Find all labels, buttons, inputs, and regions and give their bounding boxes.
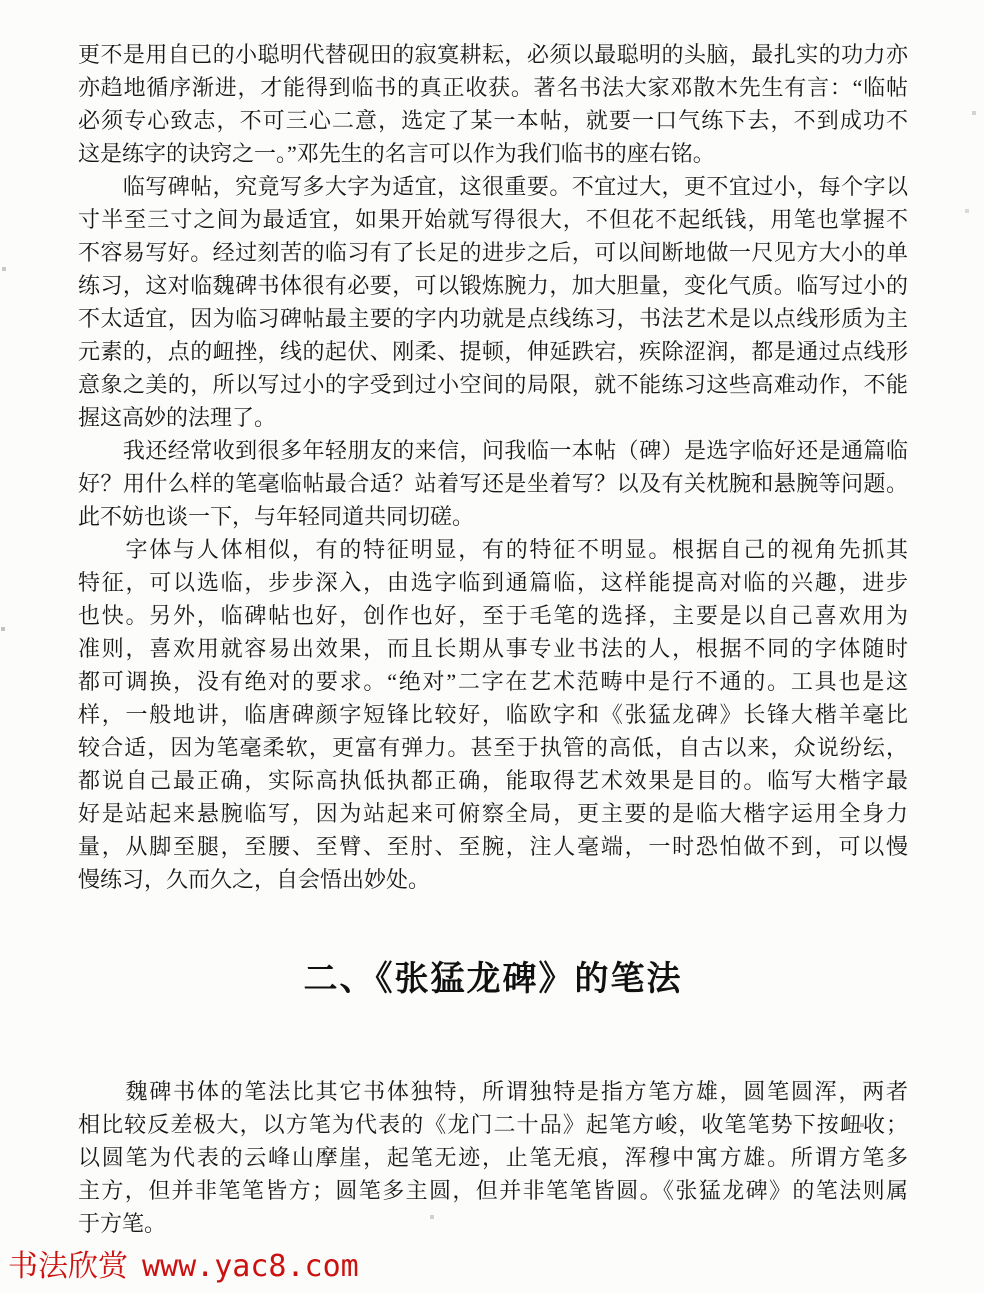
text-line: 也快。另外，临碑帖也好，创作也好，至于毛笔的选择，主要是以自己喜欢用为 — [78, 599, 908, 632]
watermark-site-name: 书法欣赏 — [8, 1250, 128, 1283]
paragraph: 字体与人体相似，有的特征明显，有的特征不明显。根据自己的视角先抓其特征，可以选临… — [78, 533, 908, 896]
text-line: 都可调换，没有绝对的要求。“绝对”二字在艺术范畴中是行不通的。工具也是这 — [78, 665, 908, 698]
text-line: 更不是用自已的小聪明代替砚田的寂寞耕耘，必须以最聪明的头脑，最扎实的功力亦步 — [78, 38, 908, 71]
scan-noise — [0, 0, 2, 2]
text-line: 意象之美的，所以写过小的字受到过小空间的局限，就不能练习这些高难动作，不能掌 — [78, 368, 908, 401]
text-line: 必须专心致志，不可三心二意，选定了某一本帖，就要一口气练下去，不到成功不止， — [78, 104, 908, 137]
text-line: 量，从脚至腿，至腰、至臂、至肘、至腕，注人毫端，一时恐怕做不到，可以慢 — [78, 830, 908, 863]
text-line: 不容易写好。经过刻苦的临习有了长足的进步之后，可以间断地做一尺见方大小的单字 — [78, 236, 908, 269]
text-line: 临写碑帖，究竟写多大字为适宜，这很重要。不宜过大，更不宜过小，每个字以二 — [78, 170, 908, 203]
text-line: 寸半至三寸之间为最适宜，如果开始就写得很大，不但花不起纸钱，用笔也掌握不了， — [78, 203, 908, 236]
text-line: 好？用什么样的笔毫临帖最合适？站着写还是坐着写？以及有关枕腕和悬腕等问题。在 — [78, 467, 908, 500]
article-body: 更不是用自已的小聪明代替砚田的寂寞耕耘，必须以最聪明的头脑，最扎实的功力亦步亦趋… — [78, 38, 908, 1240]
text-line: 此不妨也谈一下，与年轻同道共同切磋。 — [78, 500, 908, 533]
paragraph: 临写碑帖，究竟写多大字为适宜，这很重要。不宜过大，更不宜过小，每个字以二寸半至三… — [78, 170, 908, 434]
paragraph: 更不是用自已的小聪明代替砚田的寂寞耕耘，必须以最聪明的头脑，最扎实的功力亦步亦趋… — [78, 38, 908, 170]
text-line: 好是站起来悬腕临写，因为站起来可俯察全局，更主要的是临大楷字运用全身力 — [78, 797, 908, 830]
watermark-url: www.yac8.com — [142, 1249, 359, 1284]
text-line: 元素的，点的衄挫，线的起伏、刚柔、提顿，伸延跌宕，疾除涩润，都是通过点线形成 — [78, 335, 908, 368]
section-heading: 二、《张猛龙碑》的笔法 — [78, 958, 908, 1002]
text-line: 握这高妙的法理了。 — [78, 401, 908, 434]
text-line: 较合适，因为笔毫柔软，更富有弹力。甚至于执管的高低，自古以来，众说纷纭， — [78, 731, 908, 764]
text-line: 我还经常收到很多年轻朋友的来信，问我临一本帖（碑）是选字临好还是通篇临 — [78, 434, 908, 467]
text-line: 准则，喜欢用就容易出效果，而且长期从事专业书法的人，根据不同的字体随时 — [78, 632, 908, 665]
watermark: 书法欣赏www.yac8.com — [8, 1249, 359, 1285]
text-line: 样，一般地讲，临唐碑颜字短锋比较好，临欧字和《张猛龙碑》长锋大楷羊毫比 — [78, 698, 908, 731]
text-line: 主方，但并非笔笔皆方；圆笔多主圆，但并非笔笔皆圆。《张猛龙碑》的笔法则属 — [78, 1174, 908, 1207]
page: 更不是用自已的小聪明代替砚田的寂寞耕耘，必须以最聪明的头脑，最扎实的功力亦步亦趋… — [0, 0, 984, 1293]
text-line: 相比较反差极大，以方笔为代表的《龙门二十品》起笔方峻，收笔笔势下按衄收； — [78, 1108, 908, 1141]
text-line: 不太适宜，因为临习碑帖最主要的字内功就是点线练习，书法艺术是以点线形质为主要 — [78, 302, 908, 335]
text-line: 字体与人体相似，有的特征明显，有的特征不明显。根据自己的视角先抓其 — [78, 533, 908, 566]
text-line: 以圆笔为代表的云峰山摩崖，起笔无迹，止笔无痕，浑穆中寓方雄。所谓方笔多 — [78, 1141, 908, 1174]
text-line: 练习，这对临魏碑书体很有必要，可以锻炼腕力，加大胆量，变化气质。临写过小的字 — [78, 269, 908, 302]
text-line: 魏碑书体的笔法比其它书体独特，所谓独特是指方笔方雄，圆笔圆浑，两者 — [78, 1075, 908, 1108]
text-line: 亦趋地循序渐进，才能得到临书的真正收获。著名书法大家邓散木先生有言：“临帖（碑） — [78, 71, 908, 104]
text-line: 这是练字的诀窍之一。”邓先生的名言可以作为我们临书的座右铭。 — [78, 137, 908, 170]
text-line: 慢练习，久而久之，自会悟出妙处。 — [78, 863, 908, 896]
text-line: 特征，可以选临，步步深入，由选字临到通篇临，这样能提高对临的兴趣，进步 — [78, 566, 908, 599]
paragraph: 魏碑书体的笔法比其它书体独特，所谓独特是指方笔方雄，圆笔圆浑，两者相比较反差极大… — [78, 1075, 908, 1240]
paragraph: 我还经常收到很多年轻朋友的来信，问我临一本帖（碑）是选字临好还是通篇临好？用什么… — [78, 434, 908, 533]
text-line: 于方笔。 — [78, 1207, 908, 1240]
text-line: 都说自己最正确，实际高执低执都正确，能取得艺术效果是目的。临写大楷字最 — [78, 764, 908, 797]
